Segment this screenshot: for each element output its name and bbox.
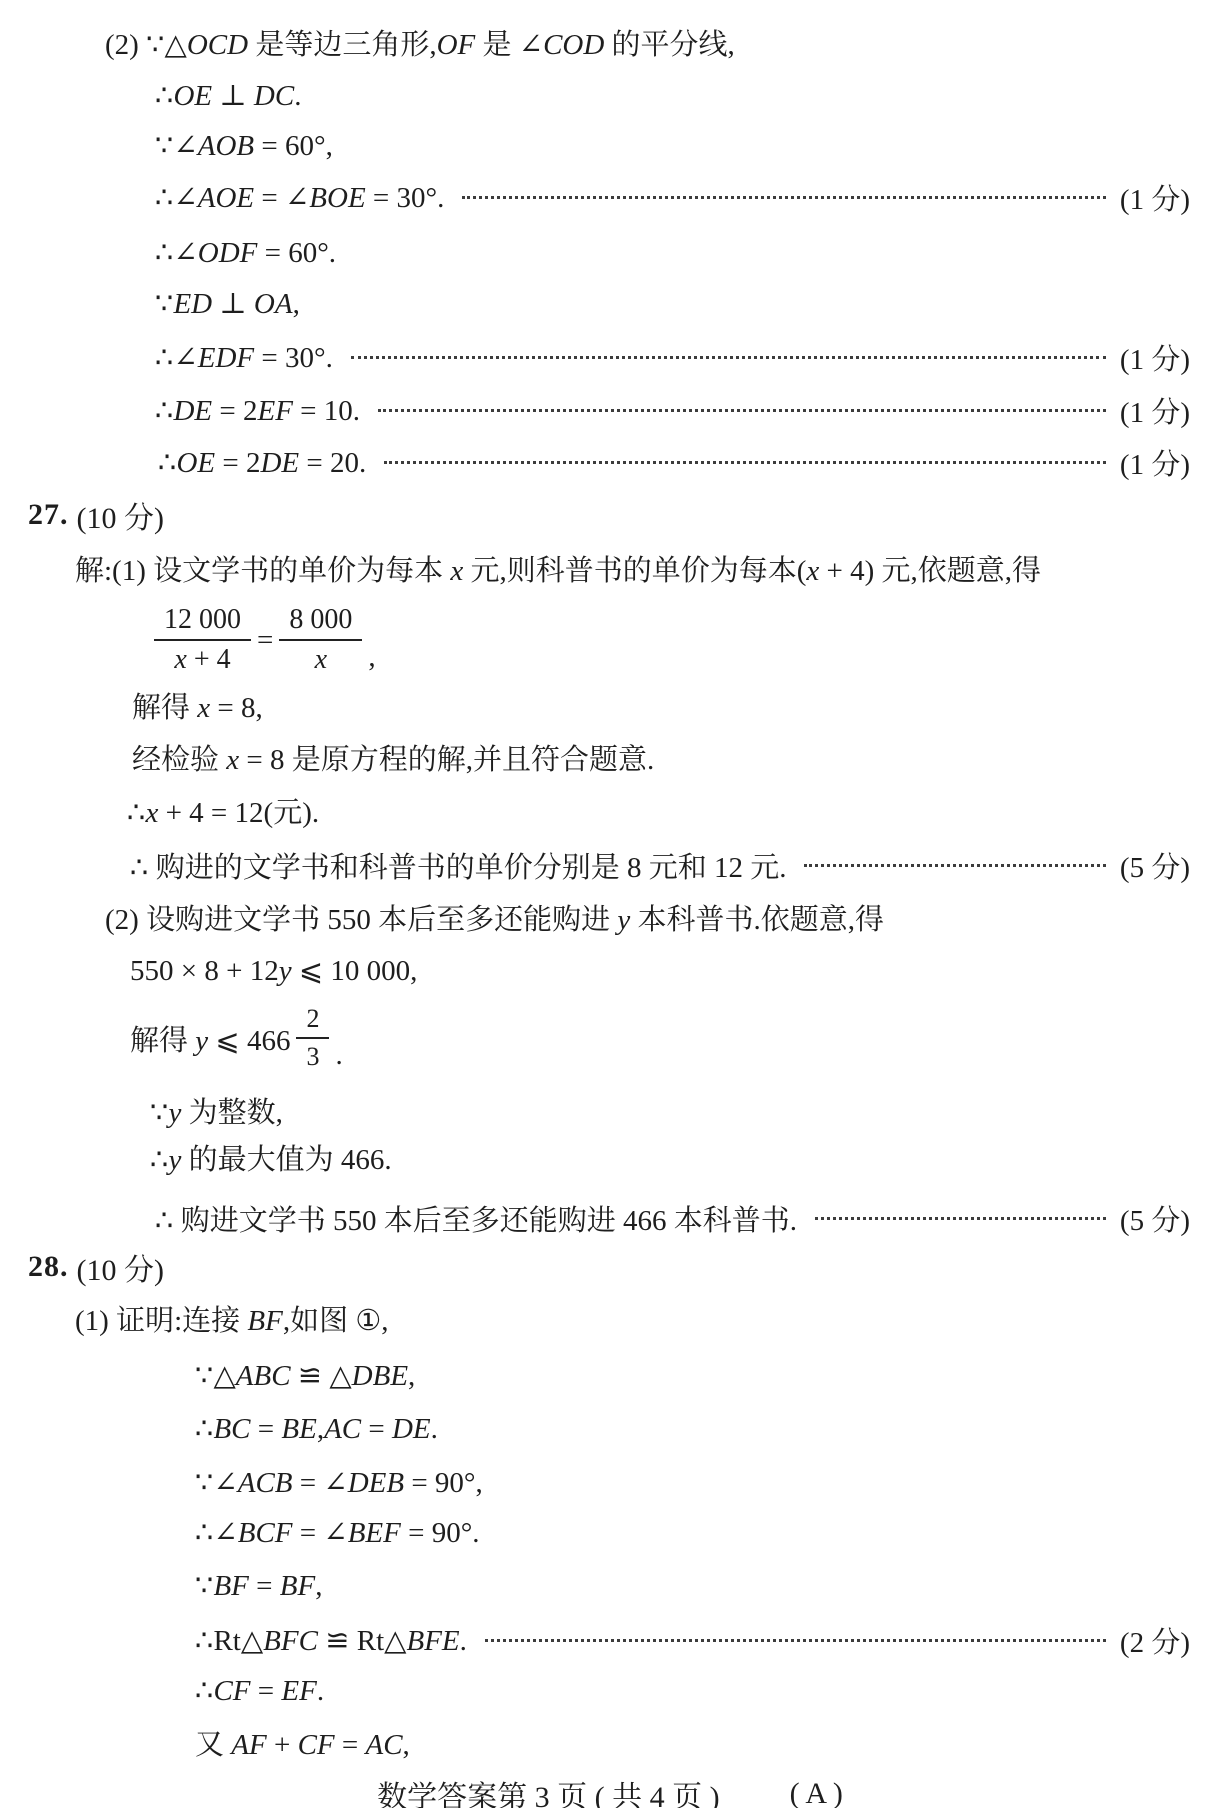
numerator: 12 000 — [154, 604, 251, 641]
math-var: AOB — [198, 130, 254, 162]
dotted-leader — [462, 196, 1106, 199]
math-var: BC — [213, 1413, 250, 1445]
math-var: BF — [213, 1570, 248, 1602]
line-text: ∵∠ACB = ∠DEB = 90°, — [195, 1465, 483, 1500]
line-text: ∴OE = 2DE = 20. — [158, 445, 366, 480]
line-text: 解得 x = 8, — [132, 685, 263, 726]
solution-line: 经检验 x = 8 是原方程的解,并且符合题意. — [132, 735, 1190, 779]
math-var: ED — [173, 288, 212, 320]
question-number: 28. — [28, 1250, 69, 1284]
line-text: (2) 设购进文学书 550 本后至多还能购进 y 本科普书.依题意,得 — [105, 897, 884, 938]
fraction: 2 3 — [296, 1004, 329, 1072]
solution-line: ∴∠BCF = ∠BEF = 90°. — [195, 1510, 1190, 1554]
question-points: (10 分) — [77, 1245, 164, 1289]
math-var: ODF — [198, 237, 258, 269]
line-text: 又 AF + CF = AC, — [195, 1722, 410, 1763]
math-var: BEF — [348, 1517, 401, 1549]
line-text: ∴y 的最大值为 466. — [150, 1137, 392, 1178]
solution-line: ∴CF = EF. — [195, 1668, 1190, 1712]
math-var: AF — [231, 1729, 266, 1761]
math-var: ABC — [236, 1360, 291, 1392]
math-var: x — [806, 555, 819, 587]
math-var: DBE — [352, 1360, 408, 1392]
score-label: (2 分) — [1120, 1620, 1190, 1661]
solution-line: ∵∠ACB = ∠DEB = 90°, — [195, 1460, 1190, 1504]
math-var: CF — [213, 1675, 250, 1707]
line-text: ∴OE ⊥ DC. — [155, 78, 301, 113]
math-var: BE — [281, 1413, 316, 1445]
solution-line: ∴∠ODF = 60°. — [155, 230, 1190, 274]
score-label: (5 分) — [1120, 1198, 1190, 1239]
numerator: 2 — [296, 1004, 329, 1039]
fraction: 12 000 x + 4 — [154, 604, 251, 676]
solution-line: ∴ 购进的文学书和科普书的单价分别是 8 元和 12 元. (5 分) — [130, 843, 1190, 887]
math-var: BCF — [238, 1517, 293, 1549]
math-var: DC — [254, 80, 294, 112]
dotted-leader — [815, 1217, 1106, 1220]
solution-line: 550 × 8 + 12y ⩽ 10 000, — [130, 948, 1190, 992]
math-var: DE — [392, 1413, 431, 1445]
dotted-leader — [378, 409, 1106, 412]
line-text: ∴BC = BE,AC = DE. — [195, 1411, 438, 1446]
line-text: (1) 证明:连接 BF,如图 ①, — [75, 1298, 389, 1339]
math-var: BFC — [263, 1625, 318, 1657]
math-roman: Rt — [357, 1625, 384, 1657]
denominator: 3 — [306, 1039, 319, 1072]
trailing-comma: , — [368, 641, 375, 674]
numerator: 8 000 — [279, 604, 362, 641]
math-var: CF — [298, 1729, 335, 1761]
line-text: ∵y 为整数, — [150, 1090, 283, 1131]
equation-fraction-line: 12 000 x + 4 = 8 000 x , — [148, 606, 376, 674]
math-var: OA — [254, 288, 293, 320]
line-text: ∴ 购进文学书 550 本后至多还能购进 466 本科普书. — [155, 1198, 797, 1239]
math-var: y — [195, 1025, 208, 1057]
solution-line: ∴x + 4 = 12(元). — [127, 788, 1190, 832]
line-text: ∵BF = BF, — [195, 1568, 322, 1603]
question-27-header: 27. (10 分) — [28, 493, 1190, 537]
score-label: (1 分) — [1120, 442, 1190, 483]
math-var: y — [617, 904, 630, 936]
math-var: x — [315, 644, 327, 675]
math-var: DE — [173, 395, 212, 427]
line-text: ∴DE = 2EF = 10. — [155, 393, 360, 428]
score-label: (5 分) — [1120, 845, 1190, 886]
solution-line: (2) ∵△OCD 是等边三角形,OF 是 ∠COD 的平分线, — [105, 20, 1190, 64]
score-label: (1 分) — [1120, 390, 1190, 431]
math-var: x — [197, 692, 210, 724]
page-footer: 数学答案第 3 页 ( 共 4 页 ) ( A ) — [0, 1772, 1220, 1808]
solution-line: ∴BC = BE,AC = DE. — [195, 1406, 1190, 1450]
math-var: EF — [281, 1675, 316, 1707]
solution-line: ∴Rt△BFC ≌ Rt△BFE. (2 分) — [195, 1618, 1190, 1662]
math-var: OE — [173, 80, 212, 112]
math-var: DE — [260, 447, 299, 479]
footer-version: ( A ) — [790, 1777, 843, 1808]
math-var: x — [145, 797, 158, 829]
solution-line: (1) 证明:连接 BF,如图 ①, — [75, 1296, 1190, 1340]
math-var: COD — [543, 29, 604, 61]
math-var: y — [279, 955, 292, 987]
math-var: ACB — [238, 1467, 293, 1499]
math-var: AOE — [198, 182, 254, 214]
math-var: OCD — [187, 29, 248, 61]
dotted-leader — [804, 864, 1105, 867]
math-roman: Rt — [213, 1625, 240, 1657]
line-text: ∴Rt△BFC ≌ Rt△BFE. — [195, 1623, 467, 1658]
line-text: 解:(1) 设文学书的单价为每本 x 元,则科普书的单价为每本(x + 4) 元… — [75, 548, 1041, 589]
math-var: y — [168, 1097, 181, 1129]
line-text: ∴∠BCF = ∠BEF = 90°. — [195, 1515, 480, 1550]
solution-line: 解得 x = 8, — [132, 683, 1190, 727]
solution-line: ∴DE = 2EF = 10. (1 分) — [155, 388, 1190, 432]
dotted-leader — [351, 356, 1106, 359]
question-number: 27. — [28, 498, 69, 532]
dotted-leader — [485, 1639, 1106, 1642]
math-var: x — [174, 644, 186, 675]
trailing-period: . — [335, 1039, 342, 1072]
footer-page-info: 数学答案第 3 页 ( 共 4 页 ) — [377, 1772, 719, 1808]
solution-line: ∴y 的最大值为 466. — [150, 1135, 1190, 1179]
solution-line: ∵△ABC ≌ △DBE, — [195, 1353, 1190, 1397]
math-var: x — [226, 744, 239, 776]
line-text: ∵ED ⊥ OA, — [155, 286, 300, 321]
solution-line: (2) 设购进文学书 550 本后至多还能购进 y 本科普书.依题意,得 — [105, 895, 1190, 939]
solution-line: ∵ED ⊥ OA, — [155, 281, 1190, 325]
solution-line: 解:(1) 设文学书的单价为每本 x 元,则科普书的单价为每本(x + 4) 元… — [75, 546, 1190, 590]
line-text: 550 × 8 + 12y ⩽ 10 000, — [130, 953, 417, 988]
line-text: 解得 y ⩽ 466 — [130, 1018, 290, 1059]
math-var: x — [450, 555, 463, 587]
math-var: y — [168, 1144, 181, 1176]
math-var: EF — [257, 395, 292, 427]
question-points: (10 分) — [77, 493, 164, 537]
solution-line: ∵BF = BF, — [195, 1563, 1190, 1607]
line-text: ∵∠AOB = 60°, — [155, 128, 333, 163]
math-var: OF — [437, 29, 476, 61]
denominator: x + 4 — [174, 641, 230, 676]
line-text: ∵△ABC ≌ △DBE, — [195, 1358, 415, 1393]
line-text: 经检验 x = 8 是原方程的解,并且符合题意. — [132, 737, 654, 778]
equals-sign: = — [257, 624, 273, 657]
solution-line: 又 AF + CF = AC, — [195, 1720, 1190, 1764]
score-label: (1 分) — [1120, 177, 1190, 218]
math-var: BF — [247, 1305, 282, 1337]
math-var: AC — [324, 1413, 361, 1445]
line-text: ∴∠ODF = 60°. — [155, 235, 336, 270]
math-var: OE — [176, 447, 215, 479]
line-text: ∴ 购进的文学书和科普书的单价分别是 8 元和 12 元. — [130, 845, 786, 886]
math-var: DEB — [348, 1467, 404, 1499]
dotted-leader — [384, 461, 1106, 464]
answer-sheet-page: (2) ∵△OCD 是等边三角形,OF 是 ∠COD 的平分线, ∴OE ⊥ D… — [0, 0, 1220, 1808]
solution-line: ∵∠AOB = 60°, — [155, 123, 1190, 167]
line-text: ∴∠EDF = 30°. — [155, 340, 333, 375]
inequality-fraction-line: 解得 y ⩽ 466 2 3 . — [130, 1004, 343, 1072]
math-var: BF — [280, 1570, 315, 1602]
solution-line: ∴ 购进文学书 550 本后至多还能购进 466 本科普书. (5 分) — [155, 1196, 1190, 1240]
line-text: (2) ∵△OCD 是等边三角形,OF 是 ∠COD 的平分线, — [105, 22, 735, 63]
line-text: ∴∠AOE = ∠BOE = 30°. — [155, 180, 444, 215]
line-text: ∴x + 4 = 12(元). — [127, 790, 319, 831]
solution-line: ∴OE = 2DE = 20. (1 分) — [158, 440, 1190, 484]
solution-line: ∵y 为整数, — [150, 1088, 1190, 1132]
score-label: (1 分) — [1120, 337, 1190, 378]
fraction: 8 000 x — [279, 604, 362, 676]
solution-line: ∴∠AOE = ∠BOE = 30°. (1 分) — [155, 175, 1190, 219]
question-28-header: 28. (10 分) — [28, 1245, 1190, 1289]
solution-line: ∴∠EDF = 30°. (1 分) — [155, 335, 1190, 379]
math-var: AC — [365, 1729, 402, 1761]
math-var: BOE — [309, 182, 365, 214]
denominator: x — [315, 641, 327, 676]
solution-line: ∴OE ⊥ DC. — [155, 73, 1190, 117]
math-var: BFE — [406, 1625, 459, 1657]
math-var: EDF — [198, 342, 254, 374]
line-text: ∴CF = EF. — [195, 1673, 324, 1708]
